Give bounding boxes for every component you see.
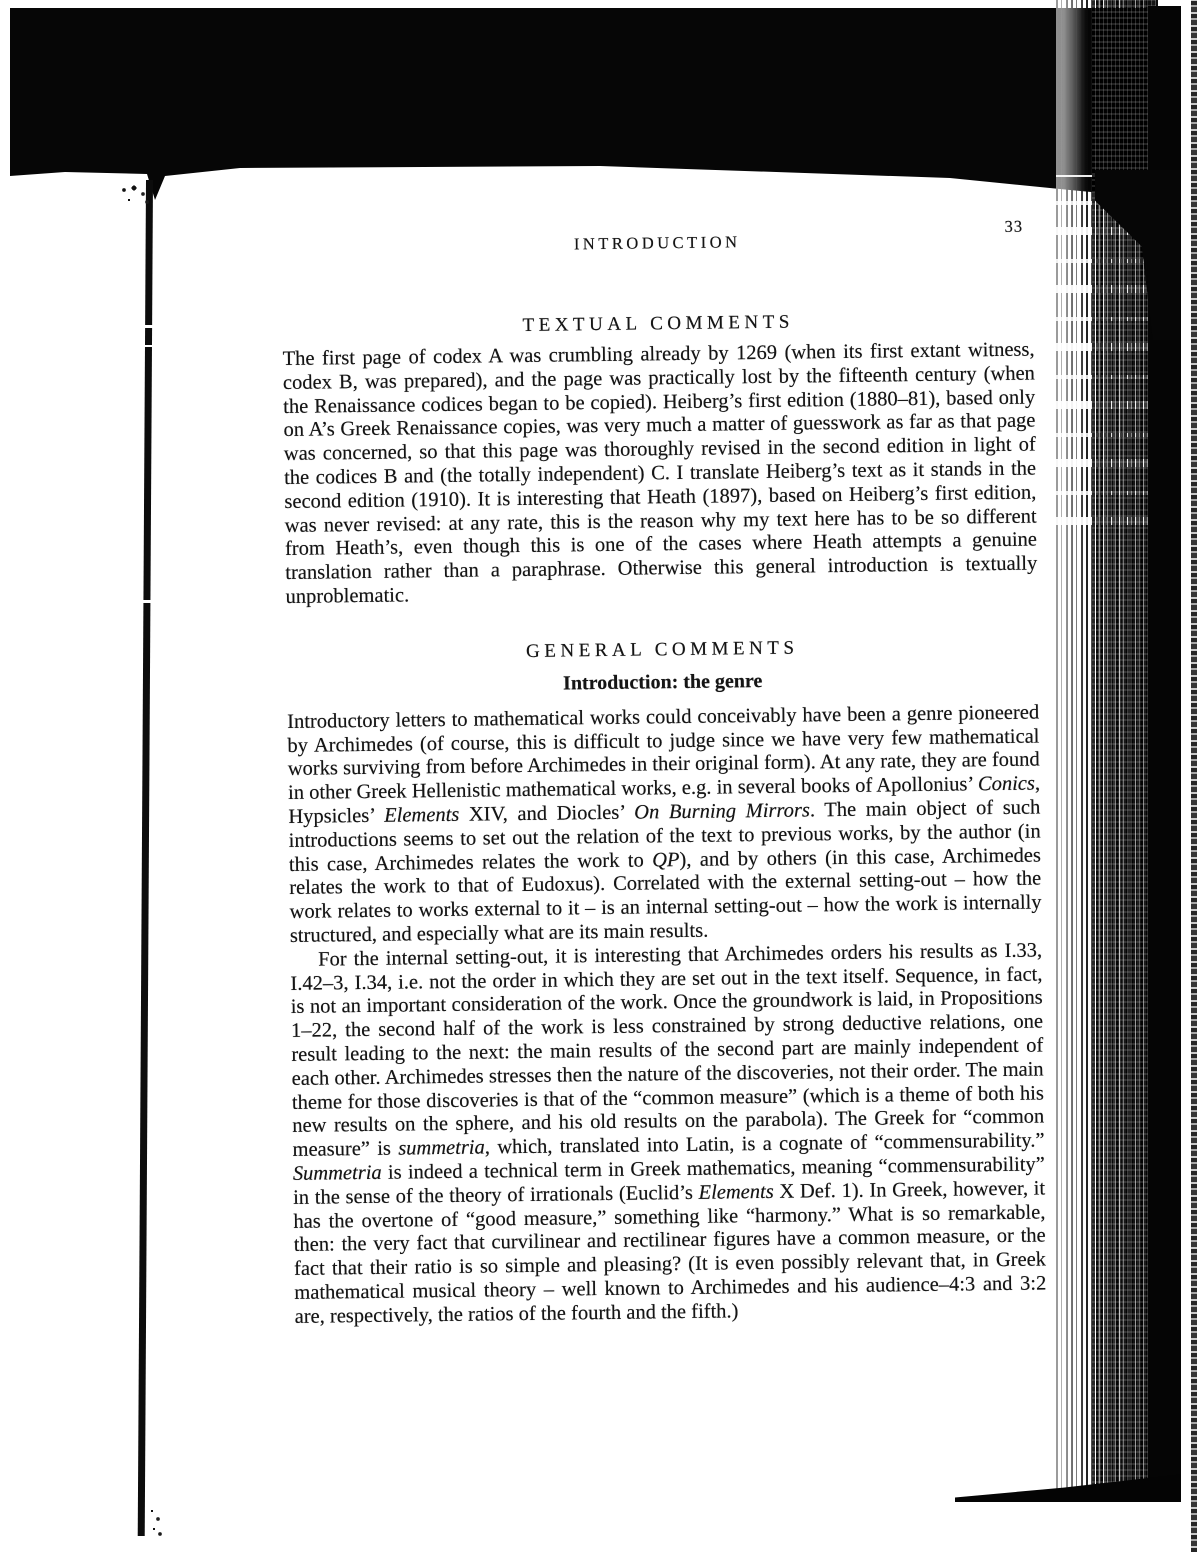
spine-smudge-top (116, 180, 154, 210)
section-heading-general-comments: GENERAL COMMENTS (286, 634, 1038, 665)
section-heading-textual-comments: TEXTUAL COMMENTS (282, 309, 1034, 340)
page-content: INTRODUCTION 33 TEXTUAL COMMENTS The fir… (281, 221, 1047, 1330)
right-scan-edge-strip (1191, 0, 1197, 1552)
subsection-heading-genre: Introduction: the genre (287, 666, 1039, 698)
top-scan-black-band (10, 8, 1180, 208)
scanned-book-page: INTRODUCTION 33 TEXTUAL COMMENTS The fir… (0, 0, 1200, 1552)
left-page-spine-line (138, 180, 153, 1536)
textual-comments-paragraph: The first page of codex A was crumbling … (282, 339, 1037, 610)
page-number: 33 (1004, 217, 1023, 237)
genre-paragraph-1: Introductory letters to mathematical wor… (287, 701, 1042, 948)
page-header-row: INTRODUCTION 33 (281, 229, 1033, 262)
genre-paragraph-2: For the internal setting-out, it is inte… (290, 939, 1047, 1329)
spine-smudge-bottom (148, 1505, 168, 1539)
running-header: INTRODUCTION (281, 229, 1033, 258)
